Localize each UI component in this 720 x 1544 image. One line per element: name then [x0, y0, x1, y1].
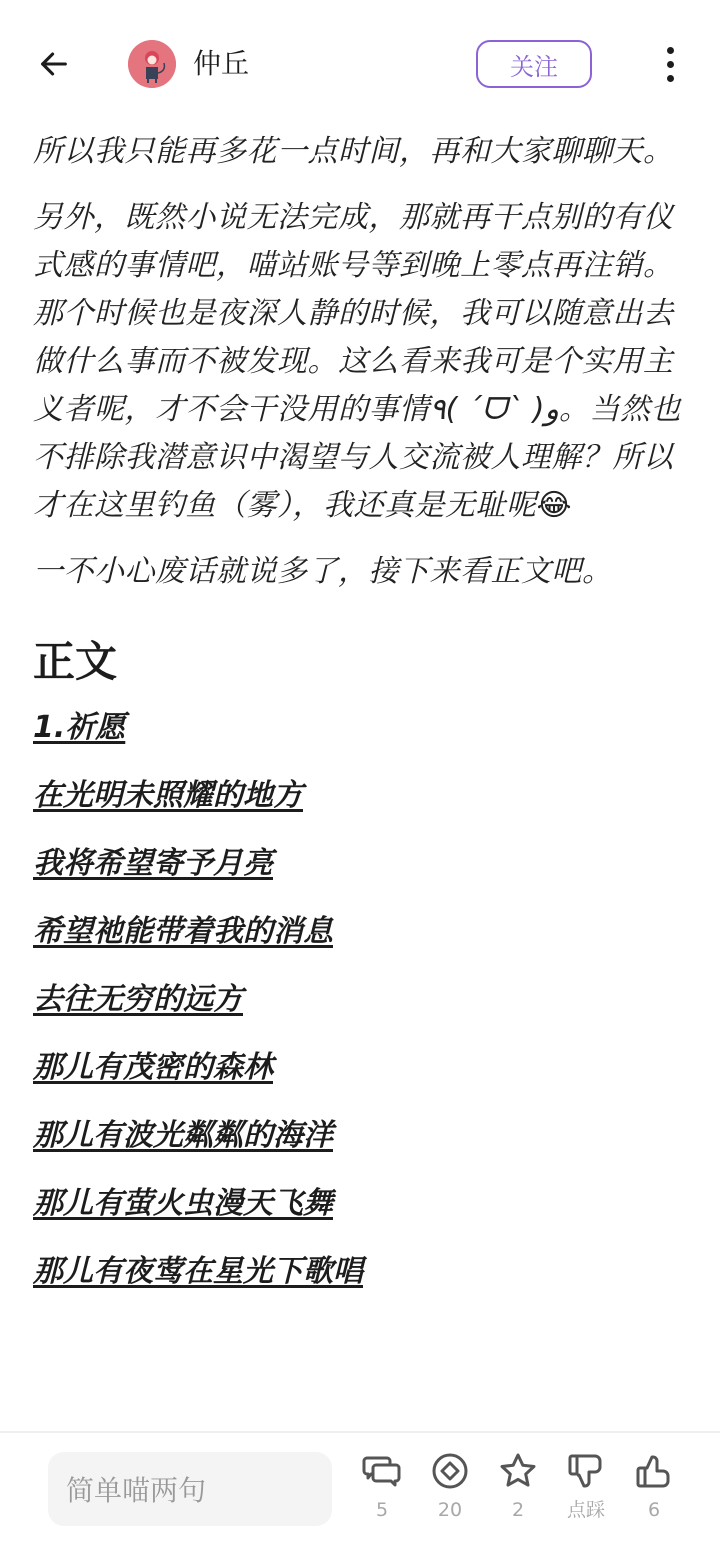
paragraph: 另外，既然小说无法完成，那就再干点别的有仪式感的事情吧，喵站账号等到晚上零点再注… [33, 194, 683, 530]
top-bar: 仲丘 关注 [0, 0, 720, 128]
poem-title: 1.祈愿 [33, 704, 683, 752]
bottom-action-bar: 简单喵两句 5 20 2 点踩 6 [0, 1431, 720, 1544]
star-icon [498, 1451, 538, 1491]
author-avatar[interactable] [128, 40, 176, 88]
poem-line: 我将希望寄予月亮 [33, 840, 683, 888]
coin-button[interactable]: 20 [420, 1451, 480, 1531]
comment-icon [362, 1451, 402, 1491]
poem-line: 那儿有茂密的森林 [33, 1044, 683, 1092]
arrow-left-icon [37, 47, 71, 81]
comment-input[interactable]: 简单喵两句 [48, 1452, 332, 1526]
more-dot [667, 61, 674, 68]
more-dot [667, 75, 674, 82]
more-options-button[interactable] [650, 40, 690, 88]
poem-line: 那儿有波光粼粼的海洋 [33, 1112, 683, 1160]
comment-count: 5 [376, 1499, 388, 1521]
follow-button[interactable]: 关注 [476, 40, 592, 88]
favorite-button[interactable]: 2 [488, 1451, 548, 1531]
back-button[interactable] [32, 40, 76, 88]
like-button[interactable]: 6 [624, 1451, 684, 1531]
dislike-button[interactable]: 点踩 [556, 1451, 616, 1531]
thumbs-up-icon [634, 1451, 674, 1491]
comment-button[interactable]: 5 [352, 1451, 412, 1531]
favorite-count: 2 [512, 1499, 524, 1521]
thumbs-down-icon [566, 1451, 606, 1491]
article-body: 所以我只能再多花一点时间，再和大家聊聊天。 另外，既然小说无法完成，那就再干点别… [33, 128, 683, 1316]
poem-line: 去往无穷的远方 [33, 976, 683, 1024]
coin-count: 20 [438, 1499, 462, 1521]
poem-line: 那儿有夜莺在星光下歌唱 [33, 1248, 683, 1296]
like-count: 6 [648, 1499, 660, 1521]
author-name[interactable]: 仲丘 [193, 44, 249, 84]
paragraph: 所以我只能再多花一点时间，再和大家聊聊天。 [33, 128, 683, 176]
section-heading: 正文 [33, 634, 683, 690]
more-dot [667, 47, 674, 54]
avatar-image [128, 40, 176, 88]
poem-line: 那儿有萤火虫漫天飞舞 [33, 1180, 683, 1228]
paragraph: 一不小心废话就说多了，接下来看正文吧。 [33, 548, 683, 596]
poem-line: 在光明未照耀的地方 [33, 772, 683, 820]
dislike-label: 点踩 [567, 1499, 605, 1521]
poem-line: 希望祂能带着我的消息 [33, 908, 683, 956]
coin-icon [430, 1451, 470, 1491]
